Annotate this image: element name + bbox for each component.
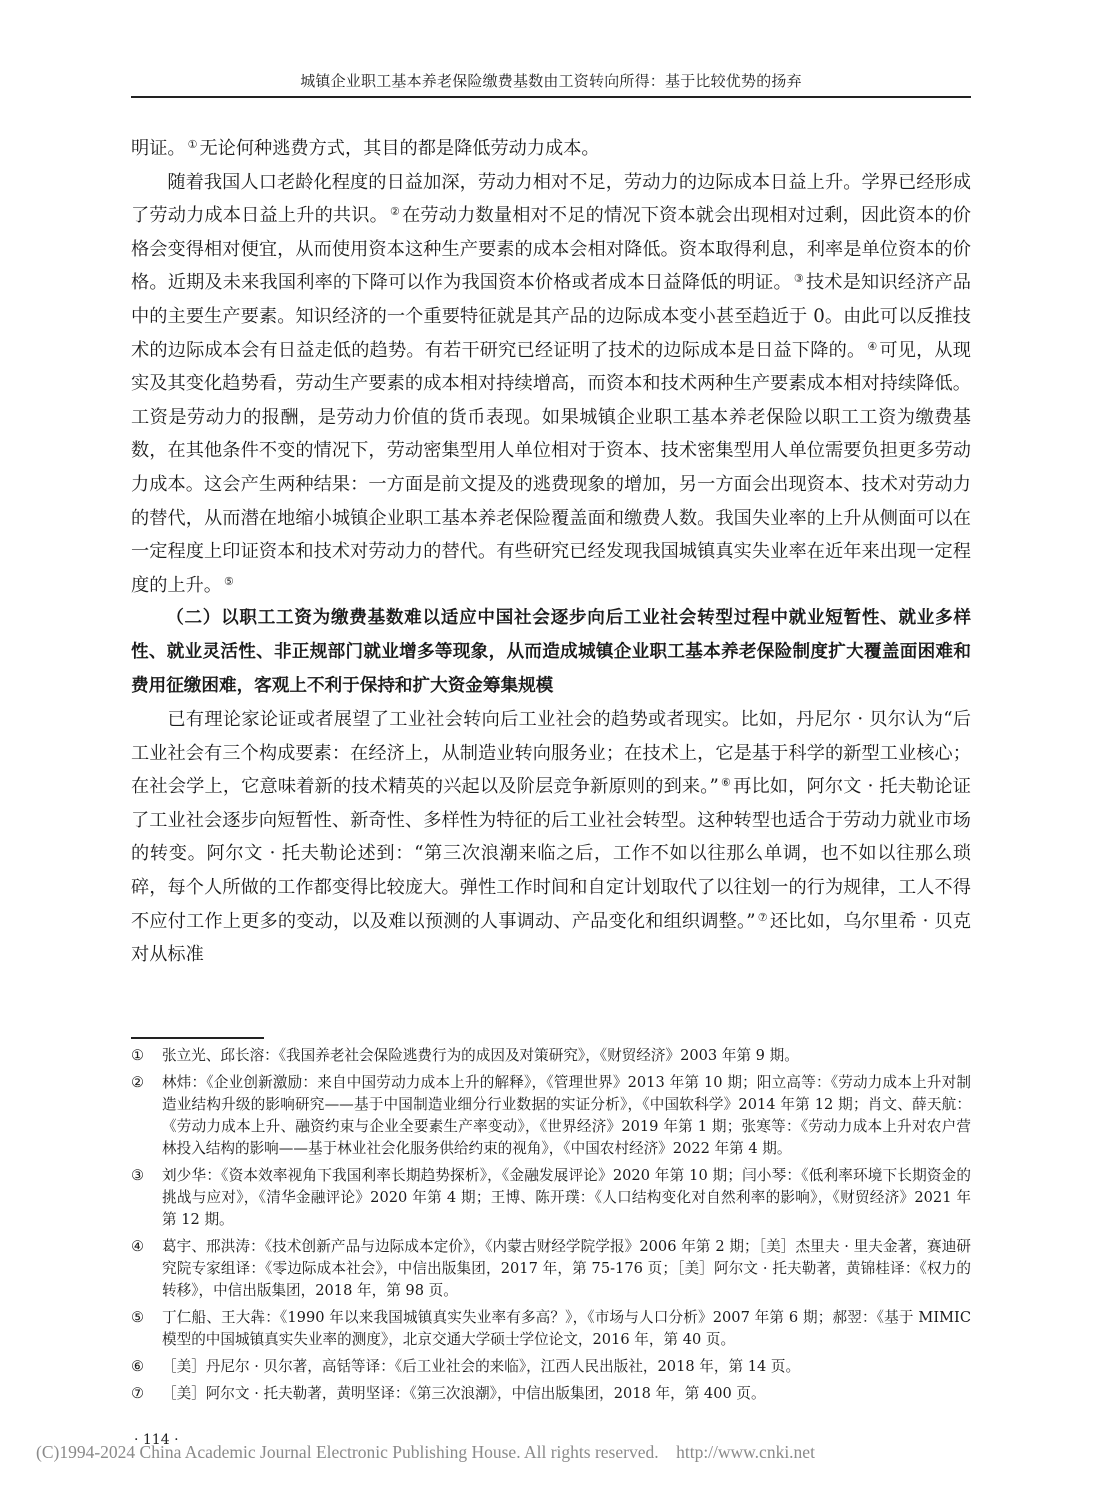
footnote-text: 林炜：《企业创新激励：来自中国劳动力成本上升的解释》，《管理世界》2013 年第… bbox=[162, 1072, 971, 1160]
footnote-text: 葛宇、邢洪涛：《技术创新产品与边际成本定价》，《内蒙古财经学院学报》2006 年… bbox=[162, 1236, 971, 1302]
footnote-text: ［美］丹尼尔 · 贝尔著，高铦等译：《后工业社会的来临》，江西人民出版社，201… bbox=[162, 1356, 971, 1378]
paragraph: 随着我国人口老龄化程度的日益加深，劳动力相对不足，劳动力的边际成本日益上升。学界… bbox=[131, 166, 971, 603]
footnote-marker[interactable]: ① bbox=[186, 138, 200, 151]
footnote-number: ⑤ bbox=[131, 1307, 162, 1351]
footnote-number: ② bbox=[131, 1072, 162, 1160]
footnote-text: ［美］阿尔文 · 托夫勒著，黄明坚译：《第三次浪潮》，中信出版集团，2018 年… bbox=[162, 1383, 971, 1405]
running-head: 城镇企业职工基本养老保险缴费基数由工资转向所得：基于比较优势的扬弃 bbox=[131, 70, 971, 91]
header-rule bbox=[131, 96, 971, 98]
footnote-item: ⑥［美］丹尼尔 · 贝尔著，高铦等译：《后工业社会的来临》，江西人民出版社，20… bbox=[131, 1356, 971, 1378]
footnote-item: ①张立光、邱长溶：《我国养老社会保险逃费行为的成因及对策研究》，《财贸经济》20… bbox=[131, 1045, 971, 1067]
footnote-number: ⑦ bbox=[131, 1383, 162, 1405]
paragraph: 明证。①无论何种逃费方式，其目的都是降低劳动力成本。 bbox=[131, 132, 971, 166]
footnote-marker[interactable]: ② bbox=[388, 205, 402, 218]
footnote-item: ③刘少华：《资本效率视角下我国利率长期趋势探析》，《金融发展评论》2020 年第… bbox=[131, 1165, 971, 1231]
footnote-marker[interactable]: ⑥ bbox=[719, 776, 733, 789]
section-heading: （二）以职工工资为缴费基数难以适应中国社会逐步向后工业社会转型过程中就业短暂性、… bbox=[131, 602, 971, 703]
text-run: 再比如，阿尔文 · 托夫勒论证了工业社会逐步向短暂性、新奇性、多样性为特征的后工… bbox=[131, 776, 971, 931]
footnotes: ①张立光、邱长溶：《我国养老社会保险逃费行为的成因及对策研究》，《财贸经济》20… bbox=[131, 1045, 971, 1410]
paragraph: 已有理论家论证或者展望了工业社会转向后工业社会的趋势或者现实。比如，丹尼尔 · … bbox=[131, 703, 971, 972]
footnote-text: 丁仁船、王大犇：《1990 年以来我国城镇真实失业率有多高？》，《市场与人口分析… bbox=[162, 1307, 971, 1351]
text-run: 可见，从现实及其变化趋势看，劳动生产要素的成本相对持续增高，而资本和技术两种生产… bbox=[131, 340, 971, 596]
footnote-separator bbox=[131, 1037, 264, 1039]
footnote-marker[interactable]: ⑤ bbox=[222, 575, 236, 588]
footnote-number: ④ bbox=[131, 1236, 162, 1302]
text-run: 无论何种逃费方式，其目的都是降低劳动力成本。 bbox=[199, 138, 599, 159]
footnote-number: ⑥ bbox=[131, 1356, 162, 1378]
footnote-item: ②林炜：《企业创新激励：来自中国劳动力成本上升的解释》，《管理世界》2013 年… bbox=[131, 1072, 971, 1160]
footnote-text: 张立光、邱长溶：《我国养老社会保险逃费行为的成因及对策研究》，《财贸经济》200… bbox=[162, 1045, 971, 1067]
footnote-item: ④葛宇、邢洪涛：《技术创新产品与边际成本定价》，《内蒙古财经学院学报》2006 … bbox=[131, 1236, 971, 1302]
text-run: （二）以职工工资为缴费基数难以适应中国社会逐步向后工业社会转型过程中就业短暂性、… bbox=[131, 608, 971, 695]
footnote-marker[interactable]: ④ bbox=[865, 340, 879, 353]
footnote-number: ③ bbox=[131, 1165, 162, 1231]
footnote-marker[interactable]: ③ bbox=[792, 272, 806, 285]
footnote-item: ⑤丁仁船、王大犇：《1990 年以来我国城镇真实失业率有多高？》，《市场与人口分… bbox=[131, 1307, 971, 1351]
footnote-text: 刘少华：《资本效率视角下我国利率长期趋势探析》，《金融发展评论》2020 年第 … bbox=[162, 1165, 971, 1231]
footnote-number: ① bbox=[131, 1045, 162, 1067]
text-run: 明证。 bbox=[131, 138, 186, 159]
body-text: 明证。①无论何种逃费方式，其目的都是降低劳动力成本。随着我国人口老龄化程度的日益… bbox=[131, 132, 971, 972]
copyright-notice: (C)1994-2024 China Academic Journal Elec… bbox=[36, 1442, 815, 1463]
footnote-item: ⑦［美］阿尔文 · 托夫勒著，黄明坚译：《第三次浪潮》，中信出版集团，2018 … bbox=[131, 1383, 971, 1405]
footnote-marker[interactable]: ⑦ bbox=[756, 911, 770, 924]
